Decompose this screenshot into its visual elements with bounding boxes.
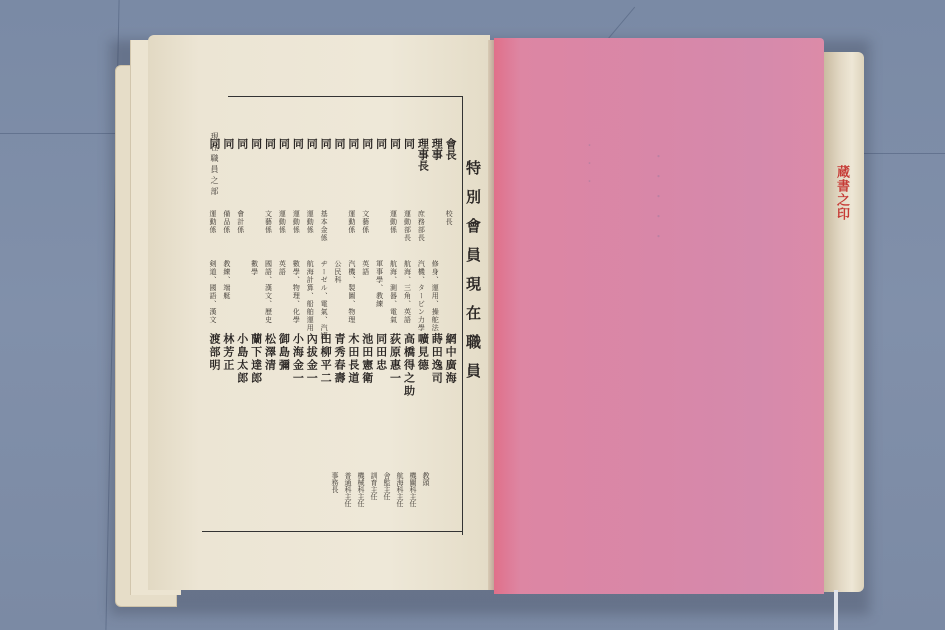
duty-notes: 教頭 機關科主任 航海科主任 舍監主任 訓育主任 機械科主任 普通科主任 事務長	[330, 472, 431, 507]
staff-roster: 會長校長網中廣海 理事修身、運用、操舵法蒔田逸司 理事長庶務部長汽機、タービン力…	[204, 138, 454, 468]
roster-entry: 同公民科青秀春壽	[329, 138, 343, 468]
roster-entry: 同數學蘭下達郎	[246, 138, 260, 468]
grid-line-horizontal	[0, 133, 115, 134]
roster-entry: 同運動部長航海、三角、英語高橋得之助	[398, 138, 412, 468]
note: 機械科主任	[356, 472, 366, 507]
bleed-through-text: ・・・・・	[650, 150, 667, 250]
page-title: 特別會員現在職員	[465, 160, 480, 392]
bookmark-ribbon	[834, 590, 838, 630]
roster-entry: 同運動係航海、測器、電氣荻原惠一	[385, 138, 399, 468]
note: 機關科主任	[408, 472, 418, 507]
page-frame-bottom	[202, 531, 462, 532]
roster-entry: 同會計係小島太郎	[232, 138, 246, 468]
roster-entry: 同軍事學、教練同田忠	[371, 138, 385, 468]
roster-entry: 同運動係英語御島彌	[273, 138, 287, 468]
roster-entry: 會長校長網中廣海	[440, 138, 454, 468]
roster-entry: 同文藝係英語池田憲衛	[357, 138, 371, 468]
bleed-through-text-2: ・・・	[580, 140, 595, 194]
note: 事務長	[330, 472, 340, 507]
roster-entry: 同運動係數學、物理、化學小海金一	[287, 138, 301, 468]
roster-entry: 同運動係汽機、製圖、物理木田長道	[343, 138, 357, 468]
roster-entry: 理事修身、運用、操舵法蒔田逸司	[426, 138, 440, 468]
note: 教頭	[421, 472, 431, 507]
roster-entry: 同文藝係國語、漢文、歷史松澤清	[260, 138, 274, 468]
roster-entry: 同運動係航海計算、船舶運用內拔金一	[301, 138, 315, 468]
grid-line-horizontal-right	[860, 153, 945, 154]
note: 舍監主任	[382, 472, 392, 507]
note: 訓育主任	[369, 472, 379, 507]
right-page-pink	[494, 38, 824, 594]
note: 普通科主任	[343, 472, 353, 507]
roster-entry: 同基本金係ヂーゼル、電氣、汽罐田柳平二	[315, 138, 329, 468]
roster-entry: 同運動係剣道、國語、漢文渡部明	[204, 138, 218, 468]
roster-entry: 同備品係教練、端艇林芳正	[218, 138, 232, 468]
seal-stamp-fore-edge: 蔵書之印	[832, 165, 851, 221]
roster-entry: 理事長庶務部長汽機、タービン力學嚝見德	[412, 138, 426, 468]
note: 航海科主任	[395, 472, 405, 507]
fore-edge	[824, 52, 864, 592]
